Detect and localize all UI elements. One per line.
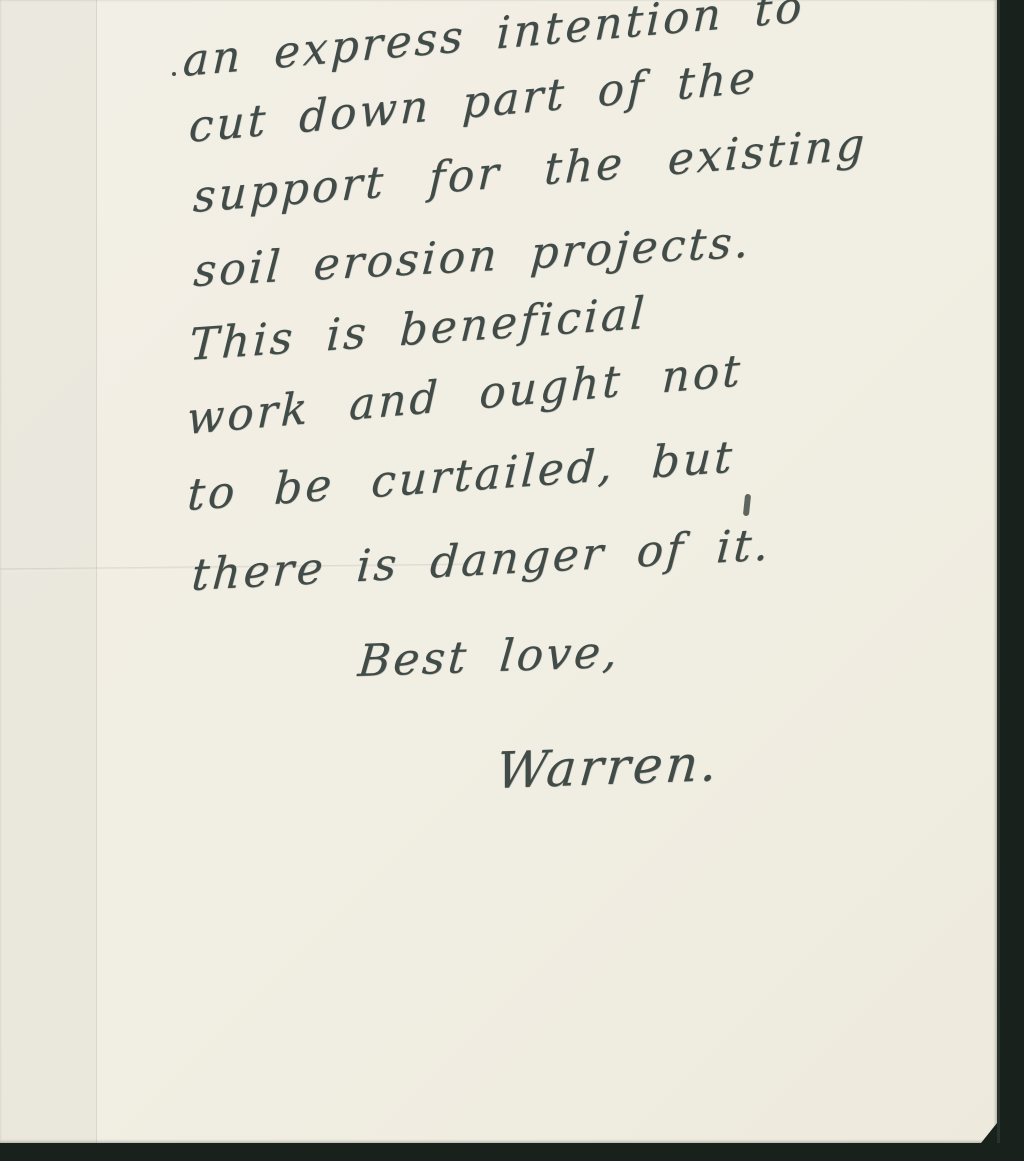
- stray-ink-dot: [172, 72, 176, 76]
- paper-edge-highlight: [997, 0, 1000, 1143]
- handwriting-line: to be curtailed, but: [186, 431, 736, 521]
- handwriting-line: soil erosion projects.: [192, 217, 753, 297]
- page-edge-shadow: [0, 0, 97, 1143]
- signature: Warren.: [494, 734, 722, 800]
- ink-blot: [743, 494, 751, 517]
- scan-background: an express intention to cut down part of…: [0, 0, 1024, 1161]
- handwriting-line: there is danger of it.: [190, 519, 773, 601]
- closing-line: Best love,: [356, 627, 622, 687]
- letter-page: an express intention to cut down part of…: [0, 0, 997, 1143]
